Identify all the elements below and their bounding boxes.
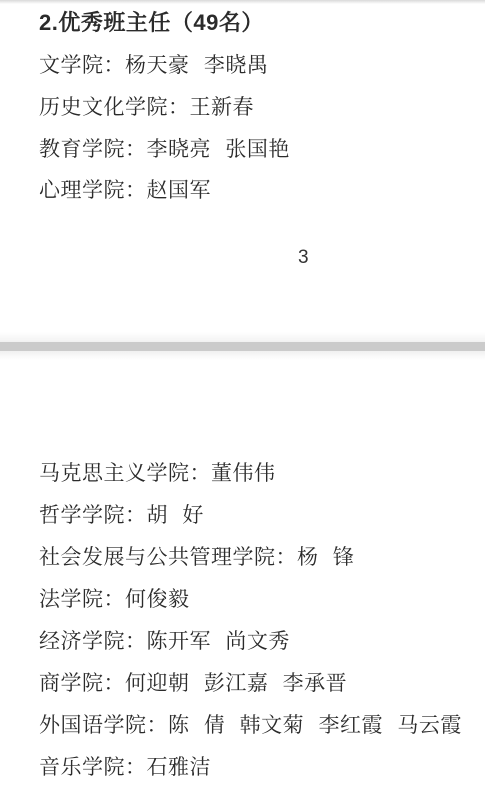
document-viewer[interactable]: 2.优秀班主任（49名） 文学院：杨天豪 李晓禺 历史文化学院：王新春 教育学院… bbox=[0, 0, 485, 789]
section-heading: 2.优秀班主任（49名） bbox=[39, 10, 264, 36]
doc-line: 社会发展与公共管理学院：杨 锋 bbox=[39, 546, 354, 570]
doc-line: 历史文化学院：王新春 bbox=[39, 96, 254, 120]
page-number: 3 bbox=[298, 247, 309, 269]
page-divider bbox=[0, 342, 485, 351]
doc-line: 马克思主义学院：董伟伟 bbox=[39, 462, 276, 486]
page-top-shadow bbox=[0, 351, 485, 360]
top-edge-shadow bbox=[0, 0, 485, 4]
doc-line: 哲学学院：胡 好 bbox=[39, 504, 204, 528]
doc-line: 教育学院：李晓亮 张国艳 bbox=[39, 138, 290, 162]
doc-line: 法学院：何俊毅 bbox=[39, 588, 190, 612]
doc-line: 外国语学院：陈 倩 韩文菊 李红霞 马云霞 bbox=[39, 714, 462, 738]
doc-line: 音乐学院：石雅洁 bbox=[39, 756, 211, 780]
doc-line: 文学院：杨天豪 李晓禺 bbox=[39, 54, 268, 78]
doc-line: 经济学院：陈开军 尚文秀 bbox=[39, 630, 290, 654]
page-bottom-shadow bbox=[0, 332, 485, 342]
doc-line: 心理学院：赵国军 bbox=[39, 179, 211, 203]
doc-line: 商学院：何迎朝 彭江嘉 李承晋 bbox=[39, 672, 347, 696]
